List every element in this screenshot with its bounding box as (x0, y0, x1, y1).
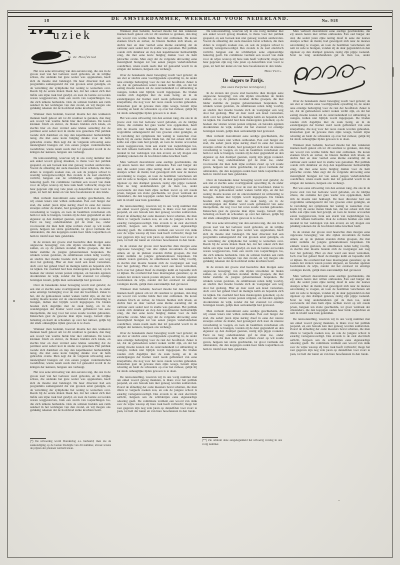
article-signature: Henri Viotta. (203, 70, 282, 73)
body-text-paragraph: Het was eene uitvoering van den eersten … (30, 371, 111, 412)
body-text-paragraph: Wanneer men bedenkt, hoeveel moeite het … (117, 30, 198, 71)
body-text-paragraph: In de straten der groote stad heerschte … (203, 92, 284, 133)
muziek-caption: in de Hoofdstad (68, 56, 96, 59)
body-text-paragraph: Men verhaalt daaromtrent eene aardige ge… (203, 310, 284, 351)
footnote-text: (*) De uitvoering wordt Donderdag a.s. h… (30, 439, 111, 450)
body-text-paragraph: Over de beteekenis dezer beweging wordt … (203, 179, 284, 220)
body-text-paragraph: Over de beteekenis dezer beweging wordt … (290, 100, 371, 141)
body-text-paragraph: De tentoonstelling, waarvan wij in ons v… (290, 318, 371, 356)
footnote-block: (*) De uitvoering wordt Donderdag a.s. h… (30, 438, 111, 451)
body-text-paragraph: Men verhaalt daaromtrent eene aardige ge… (30, 197, 111, 238)
body-text-paragraph: Het was eene uitvoering van den eersten … (117, 117, 198, 158)
body-text-paragraph: Het was eene uitvoering van den eersten … (203, 222, 284, 263)
body-text-paragraph: Men verhaalt daaromtrent eene aardige ge… (203, 135, 284, 176)
article-byline: (Van onzen Parijschen berichtgever.) (203, 86, 284, 89)
body-text-paragraph: De tentoonstelling, waarvan wij in ons v… (30, 157, 111, 195)
footnote-block: (**) Zie omtrent deze aangelegenheid het… (202, 437, 282, 446)
body-text-paragraph: Men verhaalt daaromtrent eene aardige ge… (290, 275, 371, 316)
body-text-paragraph: De tentoonstelling, waarvan wij in ons v… (203, 30, 284, 68)
body-text-paragraph: Over de beteekenis dezer beweging wordt … (117, 332, 198, 373)
masthead-title: DE AMSTERDAMMER, WEEKBLAD VOOR NEDERLAND… (28, 17, 372, 22)
body-text-paragraph: Over de beteekenis dezer beweging wordt … (30, 284, 111, 325)
body-text-paragraph: In de straten der groote stad heerschte … (30, 241, 111, 282)
article-heading-muziek: M uziek in de Hoofdstad (30, 30, 111, 67)
column-3: De tentoonstelling, waarvan wij in ons v… (203, 30, 284, 433)
body-text-paragraph: Wanneer men bedenkt, hoeveel moeite het … (290, 144, 371, 185)
body-text-paragraph: In de straten der groote stad heerschte … (203, 266, 284, 307)
ornament-divider (233, 76, 253, 77)
body-text-paragraph: Wanneer men bedenkt, hoeveel moeite het … (30, 328, 111, 369)
article-title-slagers: De slagers te Parijs. (203, 79, 284, 84)
body-text-paragraph: Over de beteekenis dezer beweging wordt … (117, 74, 198, 115)
body-text-paragraph: Wanneer men bedenkt, hoeveel moeite het … (30, 113, 111, 154)
body-text-paragraph: Men verhaalt daaromtrent eene aardige ge… (290, 30, 371, 57)
footnote-text: (**) Zie omtrent deze aangelegenheid het… (202, 438, 282, 445)
script-heading-flourish-icon (290, 58, 368, 98)
scan-blemish (392, 67, 394, 77)
body-text-paragraph: Het was eene uitvoering van den eersten … (290, 187, 371, 228)
body-text-paragraph: In de straten der groote stad heerschte … (117, 245, 198, 286)
ink-flourish-icon (30, 49, 71, 66)
body-text-paragraph: De tentoonstelling, waarvan wij in ons v… (117, 376, 198, 414)
column-1: M uziek in de Hoofdstad Het was eene uit… (30, 30, 111, 433)
muziek-title-rest: uziek (53, 34, 92, 37)
column-2: Wanneer men bedenkt, hoeveel moeite het … (117, 30, 198, 433)
page-header: 18 DE AMSTERDAMMER, WEEKBLAD VOOR NEDERL… (28, 17, 372, 26)
body-text-paragraph: In de straten der groote stad heerschte … (290, 231, 371, 272)
body-text-paragraph: De tentoonstelling, waarvan wij in ons v… (117, 205, 198, 243)
column-4: Men verhaalt daaromtrent eene aardige ge… (290, 30, 371, 433)
scan-blemish (338, 500, 340, 501)
body-text-paragraph: Het was eene uitvoering van den eersten … (30, 70, 111, 111)
body-text-paragraph: Men verhaalt daaromtrent eene aardige ge… (117, 161, 198, 202)
scan-blemish (13, 300, 15, 302)
newspaper-page-scan: 18 DE AMSTERDAMMER, WEEKBLAD VOOR NEDERL… (0, 0, 400, 565)
text-columns: M uziek in de Hoofdstad Het was eene uit… (30, 30, 370, 433)
issue-number: No. 918 (322, 18, 338, 23)
script-heading-area (290, 58, 371, 98)
body-text-paragraph: Wanneer men bedenkt, hoeveel moeite het … (117, 288, 198, 329)
